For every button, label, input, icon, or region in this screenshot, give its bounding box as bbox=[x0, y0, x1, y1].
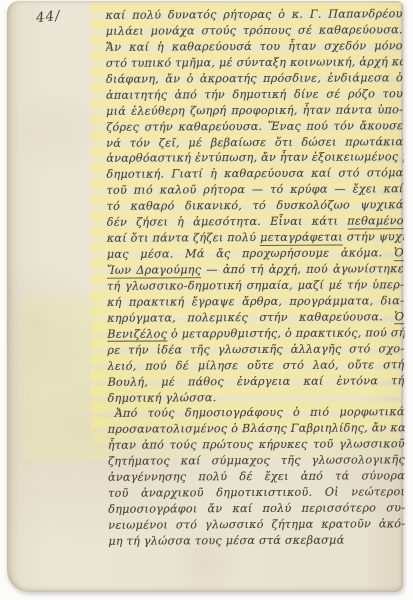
line-text: νειωμένοι στό γλωσσικό ζήτημα κρατοῦν ἀκ… bbox=[108, 517, 405, 532]
handwritten-line: ἀναγέννησης πολύ δέ ἔχει ἀπό τά σύνορα bbox=[108, 468, 405, 485]
handwritten-line: ζητήματος καί σύμμαχος τῆς γλωσσολογικῆς bbox=[108, 452, 405, 469]
handwritten-line: μιά ἐλεύθερη ζωηρή προφορική, ἦταν πάντα… bbox=[106, 102, 403, 119]
line-text: δέν ζήσει ἡ ἀμεσότητα. Εἶναι κάτι bbox=[107, 215, 348, 229]
line-text: δημοτική γλώσσα. bbox=[108, 391, 217, 405]
line-text: προσανατολισμένος ὁ Βλάσης Γαβριηλίδης, … bbox=[108, 422, 405, 437]
line-text: λειό, πού δέ μίλησε οὔτε στό λαό, οὔτε σ… bbox=[107, 358, 404, 373]
line-text: τό καθαρό δικανικό, τό δυσκολόζωο ψυχικά bbox=[107, 198, 404, 213]
line-text: κή πρακτική ἔγραψε ἄρθρα, προγράμματα, δ… bbox=[107, 294, 404, 309]
line-text: τοῦ ἀναρχικοῦ δημοτικιστικοῦ. Οἱ νεώτερο… bbox=[108, 485, 405, 500]
handwritten-line: ζόρες στήν καθαρεύουσα. Ἕνας πού τόν ἄκο… bbox=[106, 118, 403, 135]
line-text: ζόρες στήν καθαρεύουσα. Ἕνας πού τόν ἄκο… bbox=[106, 119, 403, 134]
line-text: καί πολύ δυνατός ρήτορας ὁ κ. Γ. Παπανδρ… bbox=[106, 7, 403, 22]
line-text: μας μέσα. Μά ἄς προχωρήσουμε ἀκόμα. bbox=[107, 246, 394, 261]
line-text: κηρύγματα, πολεμικές στήν καθαρεύουσα. bbox=[107, 310, 394, 325]
handwritten-line: ἦταν ἀπό τούς πρώτους κήρυκες τοῦ γλωσσι… bbox=[108, 437, 405, 454]
line-text: ζητήματος καί σύμμαχος τῆς γλωσσολογικῆς bbox=[108, 453, 405, 468]
line-text: τή γλωσσικο-δημοτική σημαία, μαζί μέ τήν… bbox=[107, 278, 404, 293]
handwritten-line: Ἴων Δραγούμης — ἀπό τή ἀρχή, πού ἀγωνίστ… bbox=[107, 261, 404, 278]
page-number: 44/ bbox=[35, 8, 61, 26]
line-text: ἀναρθόαστική ἐντύπωση, ἄν ἦταν ἐξοικειωμ… bbox=[106, 151, 403, 166]
line-text: — ἀπό τή ἀρχή, πού ἀγωνίστηκε bbox=[201, 262, 404, 276]
handwritten-line: τό καθαρό δικανικό, τό δυσκολόζωο ψυχικά bbox=[107, 197, 404, 214]
line-text: μη τή γλώσσα τους μέσα στά σκεβασμά bbox=[108, 533, 344, 547]
handwritten-line: καί ὅτι πάντα ζήζει πολύ μεταγράφεται στ… bbox=[107, 229, 404, 246]
underlined-word: Ὁ bbox=[394, 310, 404, 325]
handwritten-line: ἀπαιτητής ἀπό τήν δημοτική δίνε σέ ρόζο … bbox=[106, 86, 403, 103]
line-text: διάφανη, ἄν ὁ ἀκροατής πρόσδινε, ἐνδιάμε… bbox=[106, 71, 403, 86]
underlined-word: Βενιζέλος bbox=[107, 327, 167, 342]
handwritten-line: δημοτική. Γιατί ἡ καθαρεύουσα καί στό στ… bbox=[106, 166, 403, 183]
scan-background: 44/ καί πολύ δυνατός ρήτορας ὁ κ. Γ. Παπ… bbox=[0, 0, 413, 600]
handwritten-line: Ἄν καί ἡ καθαρεύουσά του ἦταν σχεδόν μόν… bbox=[106, 38, 403, 55]
handwritten-line: Ἀπό τούς δημοσιογράφους ὁ πιό μορφωτικά bbox=[108, 405, 405, 422]
line-text: στήν ψυχή bbox=[343, 230, 404, 243]
handwritten-line: προσανατολισμένος ὁ Βλάσης Γαβριηλίδης, … bbox=[108, 421, 405, 438]
handwritten-line: τοῦ πιό καλοῦ ρήτορα — τό κρύφα — ἔχει κ… bbox=[107, 182, 404, 199]
handwritten-line: μη τή γλώσσα τους μέσα στά σκεβασμά bbox=[108, 532, 405, 549]
margin-highlight-stain bbox=[21, 296, 107, 461]
underlined-word: Ὁ bbox=[394, 246, 404, 261]
handwritten-line: ἀναρθόαστική ἐντύπωση, ἄν ἦταν ἐξοικειωμ… bbox=[106, 150, 403, 167]
line-text: τοῦ πιό καλοῦ ρήτορα — τό κρύφα — ἔχει κ… bbox=[107, 183, 404, 198]
handwritten-line: δέν ζήσει ἡ ἀμεσότητα. Εἶναι κάτι πεθαμέ… bbox=[107, 213, 404, 230]
underlined-word: πεθαμένο bbox=[347, 214, 404, 229]
handwritten-line: Βενιζέλος ὁ μεταρρυθμιστής, ὁ πρακτικός,… bbox=[107, 325, 404, 342]
handwritten-line: τοῦ ἀναρχικοῦ δημοτικιστικοῦ. Οἱ νεώτερο… bbox=[108, 484, 405, 501]
line-text: Βουλή, μέ πάθος ἐνάργεια καί ἐντόνα τή bbox=[108, 374, 405, 389]
handwritten-line: τή γλωσσικο-δημοτική σημαία, μαζί μέ τήν… bbox=[107, 277, 404, 294]
handwritten-line: λειό, πού δέ μίλησε οὔτε στό λαό, οὔτε σ… bbox=[107, 357, 404, 374]
handwritten-line: ρε τήν ἰδέα τῆς γλωσσικῆς ἀλλαγῆς στό σχ… bbox=[107, 341, 404, 358]
line-text: ὁ μεταρρυθμιστής, ὁ πρακτικός, πού σή- bbox=[167, 326, 404, 340]
line-text: Ἀπό τούς δημοσιογράφους ὁ πιό μορφωτικά bbox=[115, 406, 405, 421]
handwritten-line: κηρύγματα, πολεμικές στήν καθαρεύουσα. Ὁ bbox=[107, 309, 404, 326]
handwritten-line: δημοσιογράφοι ἄν καί πολύ περισσότερο συ… bbox=[108, 500, 405, 517]
underlined-word: μεταγράφεται bbox=[260, 231, 343, 246]
handwritten-line: κή πρακτική ἔγραψε ἄρθρα, προγράμματα, δ… bbox=[107, 293, 404, 310]
line-text: Ἄν καί ἡ καθαρεύουσά του ἦταν σχεδόν μόν… bbox=[106, 39, 403, 54]
handwritten-line: διάφανη, ἄν ὁ ἀκροατής πρόσδινε, ἐνδιάμε… bbox=[106, 70, 403, 87]
handwritten-line: νά τόν ζεῖ, μέ βεβαίωσε ὅτι δώσει πρωτάκ… bbox=[106, 134, 403, 151]
line-text: δημοσιογράφοι ἄν καί πολύ περισσότερο συ… bbox=[108, 501, 405, 516]
handwritten-line: μιλάει μονάχα στούς τρόπους σέ καθαρεύου… bbox=[106, 22, 403, 39]
line-text: ἀναγέννησης πολύ δέ ἔχει ἀπό τά σύνορα bbox=[108, 469, 405, 484]
handwritten-line: δημοτική γλώσσα. bbox=[108, 389, 405, 406]
line-text: ρε τήν ἰδέα τῆς γλωσσικῆς ἀλλαγῆς στό σχ… bbox=[107, 342, 404, 357]
handwritten-line: Βουλή, μέ πάθος ἐνάργεια καί ἐντόνα τή bbox=[108, 373, 405, 390]
handwritten-line: νειωμένοι στό γλωσσικό ζήτημα κρατοῦν ἀκ… bbox=[108, 516, 405, 533]
line-text: στό τυπικό τμῆμα, μέ σύνταξη κοινωνική, … bbox=[106, 55, 403, 70]
line-text: δημοτική. Γιατί ἡ καθαρεύουσα καί στό στ… bbox=[106, 167, 403, 182]
handwritten-line: καί πολύ δυνατός ρήτορας ὁ κ. Γ. Παπανδρ… bbox=[106, 6, 403, 23]
line-text: ἀπαιτητής ἀπό τήν δημοτική δίνε σέ ρόζο … bbox=[106, 87, 403, 102]
handwritten-line: στό τυπικό τμῆμα, μέ σύνταξη κοινωνική, … bbox=[106, 54, 403, 71]
line-text: νά τόν ζεῖ, μέ βεβαίωσε ὅτι δώσει πρωτάκ… bbox=[106, 135, 403, 150]
line-text: μιά ἐλεύθερη ζωηρή προφορική, ἦταν πάντα… bbox=[106, 103, 403, 118]
line-text: ἦταν ἀπό τούς πρώτους κήρυκες τοῦ γλωσσι… bbox=[108, 438, 405, 453]
handwritten-line: μας μέσα. Μά ἄς προχωρήσουμε ἀκόμα. Ὁ bbox=[107, 245, 404, 262]
handwriting-text-block: καί πολύ δυνατός ρήτορας ὁ κ. Γ. Παπανδρ… bbox=[106, 6, 406, 549]
manuscript-page: 44/ καί πολύ δυνατός ρήτορας ὁ κ. Γ. Παπ… bbox=[7, 1, 403, 592]
line-text: καί ὅτι πάντα ζήζει πολύ bbox=[107, 231, 260, 245]
line-text: μιλάει μονάχα στούς τρόπους σέ καθαρεύου… bbox=[106, 23, 403, 38]
underlined-word: Ἴων Δραγούμης bbox=[107, 263, 201, 278]
